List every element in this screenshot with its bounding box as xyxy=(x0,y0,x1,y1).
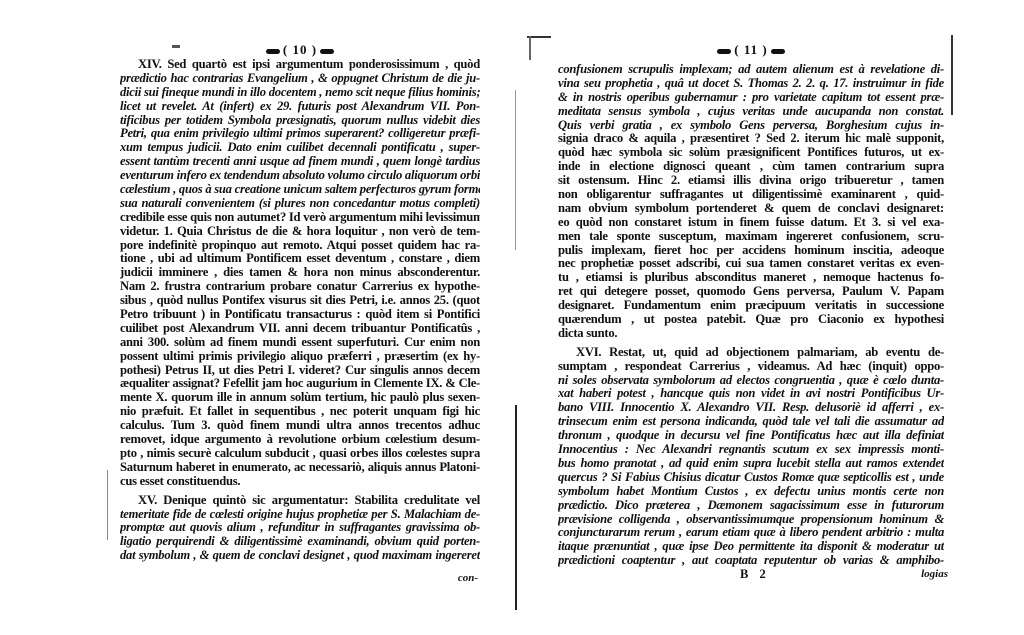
text-line: xum tempus judicii. Dato enim cuilibet d… xyxy=(120,141,480,155)
signature-mark: B 2 xyxy=(740,567,770,582)
text-line: designaret. Fundamentum enim præcipuum v… xyxy=(558,299,944,313)
text-line: pothesi) Petrus II, ut dies Petri I. vid… xyxy=(120,364,480,378)
catchword: logias xyxy=(921,568,948,580)
text-line: ligatio perquirendi & diligentissimè exa… xyxy=(120,535,480,549)
left-page: ( 10 ) XIV. Sed quartò est ipsi argument… xyxy=(120,0,480,635)
text-line: & in nostris operibus gubernamur : pro v… xyxy=(558,91,944,105)
text-line: cus esset constituendus. xyxy=(120,475,480,489)
text-line: essent tantùm trecenti anni usque ad fin… xyxy=(120,155,480,169)
text-line: sua naturali convenientem (si plures non… xyxy=(120,197,480,211)
text-line: vina seu prophetia , quâ ut docet S. Tho… xyxy=(558,77,944,91)
section-heading-line: XVI. Restat, ut, quid ad objectionem pal… xyxy=(558,346,944,360)
section-heading-line: XV. Denique quintò sic argumentatur: Sta… xyxy=(120,494,480,508)
right-page: ( 11 ) confusionem scrupulis implexam; a… xyxy=(558,0,944,635)
text-line: anni 300. solùm ad finem mundi essent su… xyxy=(120,336,480,350)
text-line: cuilibet post Alexandrum VII. anni decem… xyxy=(120,322,480,336)
text-line: thronum , quodque in decursu vel fine Po… xyxy=(558,429,944,443)
ornament-icon xyxy=(771,49,785,54)
text-line: tificibus per totidem Symbola præsignati… xyxy=(120,114,480,128)
scan-edge xyxy=(529,36,531,60)
text-line: credibile esse quis non autumet? Id verò… xyxy=(120,211,480,225)
text-line: pulis implexam, fieret hoc per accidens … xyxy=(558,244,944,258)
text-line: men tale sponte susceptum, maximam inger… xyxy=(558,230,944,244)
page-fold-upper xyxy=(515,90,516,250)
text-line: mente X. quorum ille in annum solùm tert… xyxy=(120,391,480,405)
text-line: nam obvium symbolum portenderet & quem d… xyxy=(558,202,944,216)
page-text: confusionem scrupulis implexam; ad autem… xyxy=(558,63,944,568)
text-line: pore indefinitè propinquo aut remoto. At… xyxy=(120,239,480,253)
ornament-icon xyxy=(717,49,731,54)
catchword: con- xyxy=(458,572,478,584)
text-line: tione , ubi ad ultimum Pontificem esset … xyxy=(120,252,480,266)
text-line: XIV. Sed quartò est ipsi argumentum pond… xyxy=(120,58,480,72)
text-line: promptæ aut quovis alium , refunditur in… xyxy=(120,521,480,535)
text-line: bus homo pranotat , ad quid enim supra l… xyxy=(558,457,944,471)
text-line: bano VIII. Innocentio X. Alexandro VII. … xyxy=(558,401,944,415)
page-fold xyxy=(515,405,517,610)
page-number-value: 10 xyxy=(293,42,308,57)
text-line: prædictio. Dico præterea , Dæmonem sagac… xyxy=(558,499,944,513)
text-line: Petro tribuunt ) in Pontificatu transact… xyxy=(120,308,480,322)
ornament-icon xyxy=(320,49,334,54)
text-line: cælestium , quos à sua creatione unicum … xyxy=(120,183,480,197)
text-line: dicii sui fineque mundi in illo docentem… xyxy=(120,86,480,100)
page-number: ( 11 ) xyxy=(558,42,944,58)
text-line: xat haberi potest , hancque quis non vid… xyxy=(558,387,944,401)
text-line: pto , nimis securè calculum subducit , q… xyxy=(120,447,480,461)
text-line: æqualiter assignat? Fefellit jam hoc aug… xyxy=(120,377,480,391)
page-number: ( 10 ) xyxy=(120,42,480,58)
text-line: non obligarentur suffragantes ut diligen… xyxy=(558,188,944,202)
text-line: dicta sunto. xyxy=(558,327,944,341)
text-line: tu , etiamsi is pluribus absconditus man… xyxy=(558,271,944,285)
text-line: prædictioni coaptentur , aut coaptata re… xyxy=(558,554,944,568)
text-line: conjuncturarum rerum , earum etiam quæ à… xyxy=(558,526,944,540)
ornament-icon xyxy=(266,49,280,54)
text-line: confusionem scrupulis implexam; ad autem… xyxy=(558,63,944,77)
text-line: Petri, qua enim privilegio ultimi primos… xyxy=(120,127,480,141)
text-line: dat symbolum , & quem de conclavi design… xyxy=(120,549,480,563)
text-line: itaque prænuntiat , quæ ipse Deo permitt… xyxy=(558,540,944,554)
text-line: licet ut revelet. At (infert) ex 29. fut… xyxy=(120,100,480,114)
text-line: nio præfuit. Et fallet in sequentibus , … xyxy=(120,405,480,419)
text-line: prævisione colligenda , observantissimum… xyxy=(558,513,944,527)
book-spread: ( 10 ) XIV. Sed quartò est ipsi argument… xyxy=(0,0,1024,635)
text-line: signia draco & aquila , præsentiret ? Se… xyxy=(558,132,944,146)
text-line: temeritate fide de cœlesti origine hujus… xyxy=(120,508,480,522)
page-text: XIV. Sed quartò est ipsi argumentum pond… xyxy=(120,58,480,563)
text-line: sumptam , respondeat Carrerius , videamu… xyxy=(558,360,944,374)
text-line: quòd hæc symbola sic solùm præsignificen… xyxy=(558,146,944,160)
text-line: eo quòd non constaret istum in finem fui… xyxy=(558,216,944,230)
text-line: judicii imminere , dies tamen & hora non… xyxy=(120,266,480,280)
page-number-value: 11 xyxy=(744,42,758,57)
text-line: meditata sensus symbola , cujus veritas … xyxy=(558,105,944,119)
text-line: inde in electione dignosci queant , cùm … xyxy=(558,160,944,174)
text-line: calculus. Tum 3. quòd finem mundi ultra … xyxy=(120,419,480,433)
text-line: Saturnum haberet in enumerato, ac necess… xyxy=(120,461,480,475)
scan-edge xyxy=(951,35,953,115)
text-line: eventurum infero ex tendendum absoluto v… xyxy=(120,169,480,183)
text-line: trinsecum enim est persona indicanda, qu… xyxy=(558,415,944,429)
scan-speck xyxy=(107,470,108,540)
text-line: prædictio hac contrarias Evangelium , & … xyxy=(120,72,480,86)
text-line: ret qui detegere posset, quomodo Gens pe… xyxy=(558,285,944,299)
text-line: Nam 2. frustra contrarium probare conatu… xyxy=(120,280,480,294)
text-line: Innocentius : Nec Alexandri regnantis sc… xyxy=(558,443,944,457)
text-line: possent ultimi primis privilegio aliquo … xyxy=(120,350,480,364)
text-line: sit ostensum. Hinc 2. etiamsi illis divi… xyxy=(558,174,944,188)
text-line: Quis verbi gratia , ex symbolo Gens perv… xyxy=(558,119,944,133)
text-line: ni soles observata symbolorum ad electos… xyxy=(558,374,944,388)
text-line: sibus , quòd nullus Pontifex visurus sit… xyxy=(120,294,480,308)
text-line: nec prophetiæ posset adscribi, cui sua t… xyxy=(558,257,944,271)
text-line: quercus ? Si Fabius Chisius dicatur Cust… xyxy=(558,471,944,485)
text-line: removet, idque argumento à revolutione o… xyxy=(120,433,480,447)
text-line: quærendum , ut postea patebit. Quæ pro C… xyxy=(558,313,944,327)
text-line: videtur. 1. Quia Christus de die & hora … xyxy=(120,225,480,239)
text-line: symbolum habet Montium Custos , ex defec… xyxy=(558,485,944,499)
